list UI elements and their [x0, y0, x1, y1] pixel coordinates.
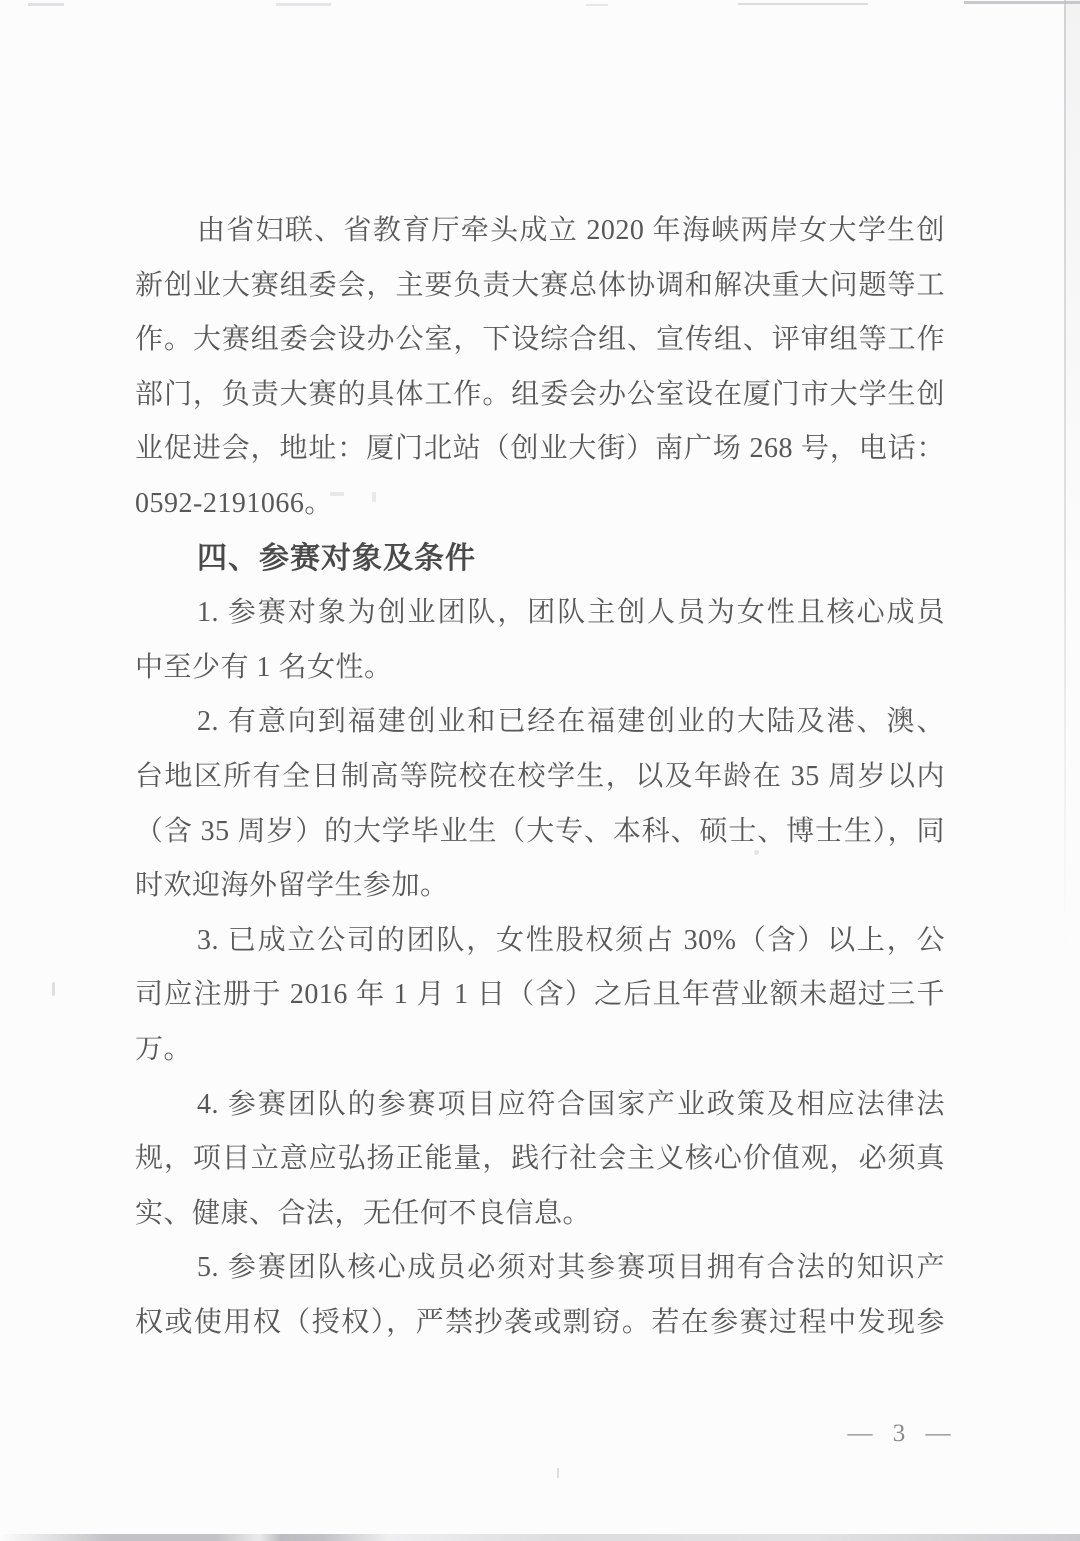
text-line: 时欢迎海外留学生参加。: [135, 859, 945, 914]
paragraph: 2. 有意向到福建创业和已经在福建创业的大陆及港、澳、台地区所有全日制高等院校在…: [135, 695, 945, 913]
document-body: 由省妇联、省教育厅牵头成立 2020 年海峡两岸女大学生创新创业大赛组委会，主要…: [135, 204, 945, 1350]
scan-edge-line: [1064, 0, 1066, 950]
scan-speck: [52, 982, 55, 996]
text-line: 部门，负责大赛的具体工作。组委会办公室设在厦门市大学生创: [135, 368, 945, 423]
text-line: 2. 有意向到福建创业和已经在福建创业的大陆及港、澳、: [135, 695, 945, 750]
section-heading: 四、参赛对象及条件: [135, 532, 945, 587]
scan-smudge: [28, 3, 64, 6]
text-line: 权或使用权（授权），严禁抄袭或剽窃。若在参赛过程中发现参: [135, 1296, 945, 1351]
text-line: 1. 参赛对象为创业团队，团队主创人员为女性且核心成员: [135, 586, 945, 641]
scan-corner-mark: [964, 1, 1080, 4]
text-line: 由省妇联、省教育厅牵头成立 2020 年海峡两岸女大学生创: [135, 204, 945, 259]
text-line: 台地区所有全日制高等院校在校学生，以及年龄在 35 周岁以内: [135, 750, 945, 805]
scan-edge-strip: [1066, 0, 1080, 600]
text-line: 5. 参赛团队核心成员必须对其参赛项目拥有合法的知识产: [135, 1241, 945, 1296]
scan-smudge: [586, 4, 608, 6]
paragraph: 3. 已成立公司的团队，女性股权须占 30%（含）以上，公司应注册于 2016 …: [135, 914, 945, 1078]
paragraph: 4. 参赛团队的参赛项目应符合国家产业政策及相应法律法规，项目立意应弘扬正能量，…: [135, 1078, 945, 1242]
scan-smudge: [276, 3, 331, 6]
page-number: — 3 —: [830, 1420, 970, 1448]
paragraph: 由省妇联、省教育厅牵头成立 2020 年海峡两岸女大学生创新创业大赛组委会，主要…: [135, 204, 945, 532]
text-line: 实、健康、合法，无任何不良信息。: [135, 1187, 945, 1242]
paragraph: 5. 参赛团队核心成员必须对其参赛项目拥有合法的知识产权或使用权（授权），严禁抄…: [135, 1241, 945, 1350]
paragraph: 1. 参赛对象为创业团队，团队主创人员为女性且核心成员中至少有 1 名女性。: [135, 586, 945, 695]
text-line: 司应注册于 2016 年 1 月 1 日（含）之后且年营业额未超过三千: [135, 968, 945, 1023]
scan-smudge: [738, 3, 868, 5]
text-line: 新创业大赛组委会，主要负责大赛总体协调和解决重大问题等工: [135, 259, 945, 314]
text-line: 作。大赛组委会设办公室，下设综合组、宣传组、评审组等工作: [135, 313, 945, 368]
scan-speck: [557, 1468, 559, 1478]
scan-bottom-band: [0, 1534, 1080, 1541]
heading-line: 四、参赛对象及条件: [135, 532, 945, 587]
text-line: 中至少有 1 名女性。: [135, 641, 945, 696]
text-line: 规，项目立意应弘扬正能量，践行社会主义核心价值观，必须真: [135, 1132, 945, 1187]
scanned-document-page: 由省妇联、省教育厅牵头成立 2020 年海峡两岸女大学生创新创业大赛组委会，主要…: [0, 0, 1080, 1541]
text-line: 3. 已成立公司的团队，女性股权须占 30%（含）以上，公: [135, 914, 945, 969]
text-line: 万。: [135, 1023, 945, 1078]
text-line: （含 35 周岁）的大学毕业生（大专、本科、硕士、博士生），同: [135, 805, 945, 860]
text-line: 4. 参赛团队的参赛项目应符合国家产业政策及相应法律法: [135, 1078, 945, 1133]
text-line: 0592-2191066。: [135, 477, 945, 532]
text-line: 业促进会，地址：厦门北站（创业大街）南广场 268 号，电话：: [135, 422, 945, 477]
